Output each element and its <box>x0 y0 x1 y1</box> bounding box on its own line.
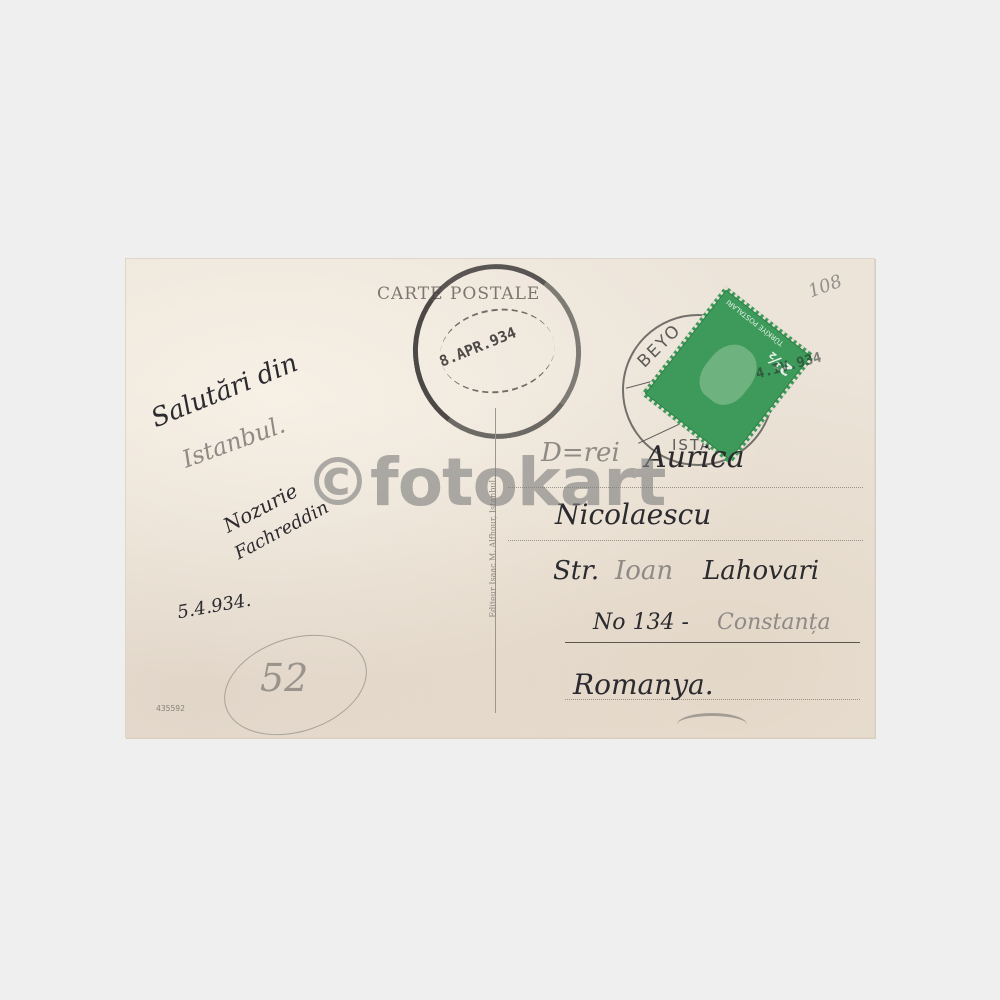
address-country: Romanya. <box>573 668 714 701</box>
ink-smudge <box>677 713 747 736</box>
address-street-name: Ioan <box>615 556 673 586</box>
address-street-prefix: Str. <box>553 556 599 586</box>
address-rule <box>565 642 860 643</box>
address-street-end: Lahovari <box>703 556 819 586</box>
stamp-title: TÜRKİYE POSTALARI <box>725 298 785 348</box>
message-date: 5.4.934. <box>176 590 253 624</box>
address-number: No 134 - <box>593 610 689 635</box>
watermark: ©fotokart <box>305 450 665 516</box>
corner-note: 108 <box>805 271 844 302</box>
address-rule <box>508 540 863 541</box>
catalog-number: 435592 <box>156 704 185 713</box>
address-city: Constanța <box>717 610 831 635</box>
oval-note: 52 <box>260 656 308 700</box>
message-line-2: Istanbul. <box>178 410 288 473</box>
